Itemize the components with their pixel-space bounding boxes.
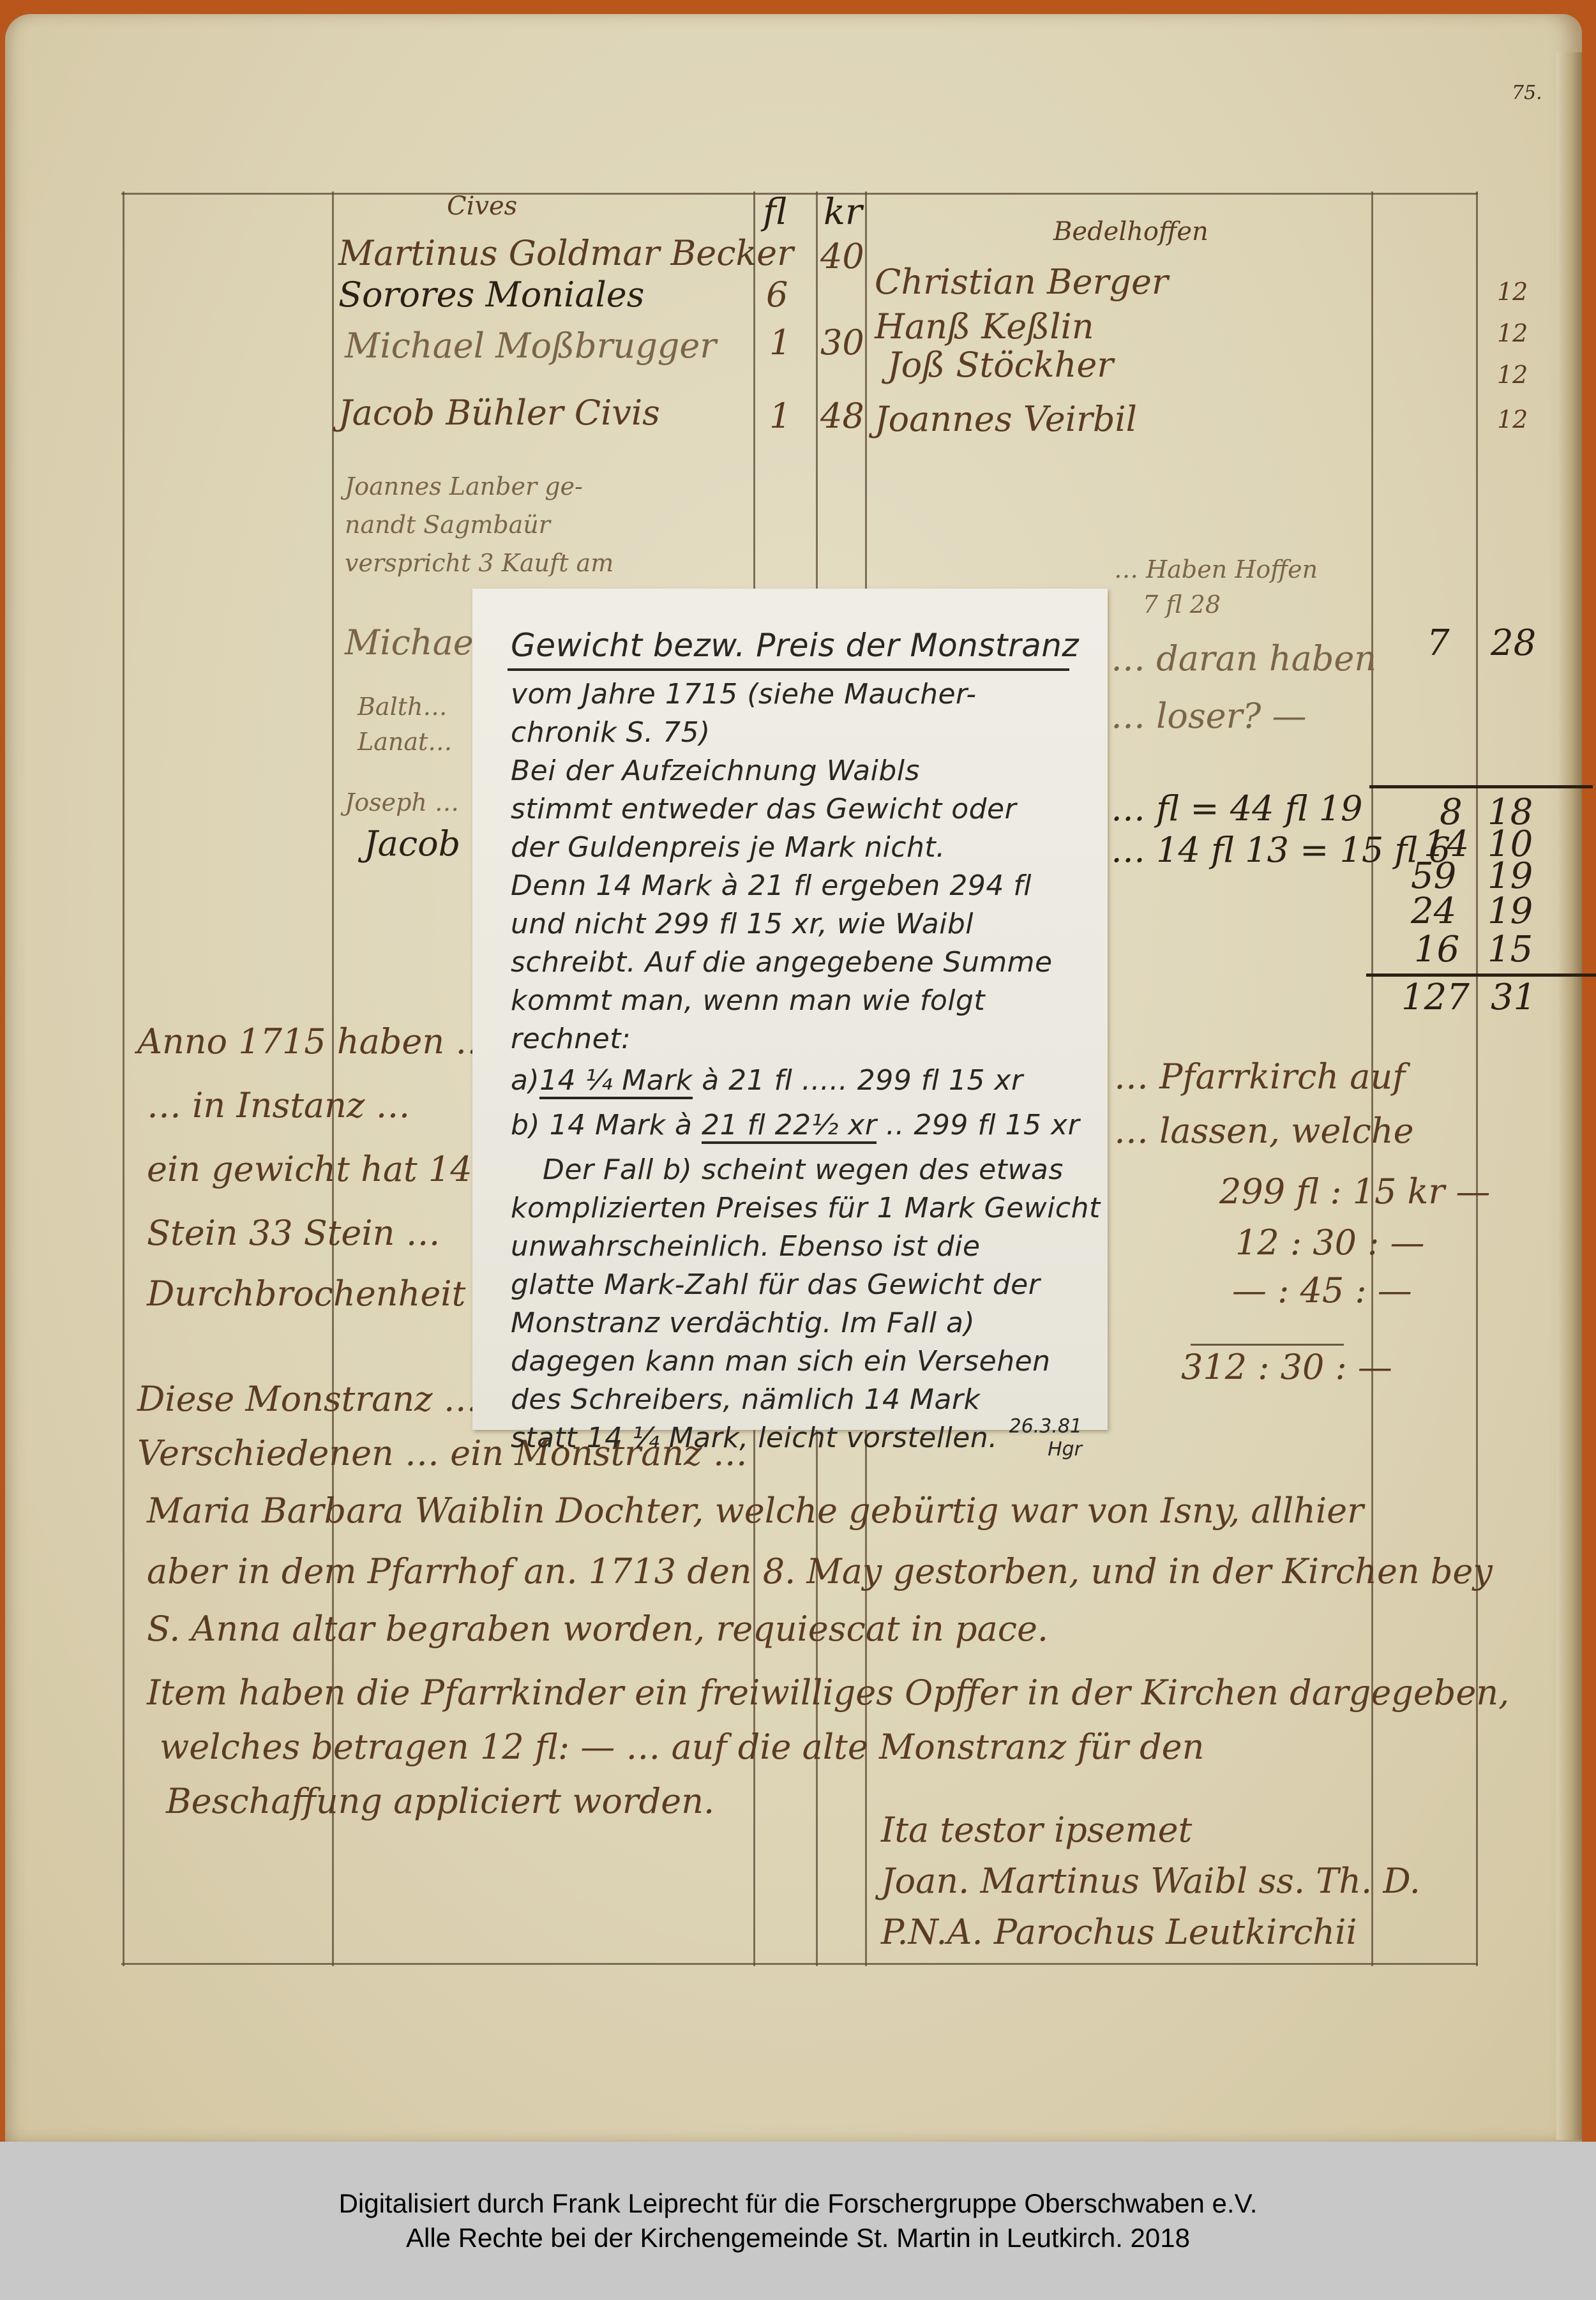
column-header-fl: fl <box>763 192 787 233</box>
paragraph-line: Item haben die Pfarrkinder ein freiwilli… <box>147 1672 1509 1713</box>
sum-rule <box>1369 785 1593 788</box>
calc-line: 12 : 30 : — <box>1235 1222 1424 1263</box>
ledger-right-text: … daran haben <box>1111 638 1376 679</box>
paragraph-line: S. Anna altar begraben worden, requiesca… <box>147 1609 1048 1649</box>
calc-line: 299 fl : 15 kr — <box>1219 1171 1490 1212</box>
ledger-entry-fl: 6 <box>766 274 788 315</box>
note-line: Bei der Aufzeichnung Waibls <box>511 755 920 787</box>
note-line: Der Fall b) scheint wegen des etwas <box>543 1154 1064 1186</box>
ledger-entry: Joseph … <box>345 788 459 816</box>
sum-rule <box>1366 973 1596 977</box>
note-initials: Hgr <box>1009 1438 1082 1461</box>
anno-line: Stein 33 Stein … <box>147 1213 440 1253</box>
ledger-right-text: … loser? — <box>1111 696 1307 736</box>
ledger-entry-kr: 30 <box>820 322 864 363</box>
note-line: kommt man, wenn man wie folgt <box>511 984 985 1017</box>
anno-line: Anno 1715 haben … <box>137 1021 490 1062</box>
ledger-amount: 12 <box>1497 361 1528 389</box>
column-header-cives: Cives <box>447 192 517 221</box>
ledger-bottom-rule <box>121 1963 1478 1965</box>
title-underline <box>508 668 1069 671</box>
anno-line: … in Instanz … <box>147 1085 410 1125</box>
column-header-kr: kr <box>824 192 862 233</box>
note-line: chronik S. 75) <box>511 716 711 749</box>
ledger-entry-kr: 48 <box>820 396 864 436</box>
ledger-entry: nandt Sagmbaür <box>345 511 550 539</box>
paragraph-line: Beschaffung appliciert worden. <box>166 1781 714 1821</box>
page-edge <box>1556 52 1582 2140</box>
note-line: und nicht 299 fl 15 xr, wie Waibl <box>511 908 974 940</box>
note-line: Denn 14 Mark à 21 fl ergeben 294 fl <box>511 869 1032 902</box>
note-line: komplizierten Preises für 1 Mark Gewicht <box>511 1192 1101 1224</box>
paragraph-line: welches betragen 12 fl: — … auf die alte… <box>160 1727 1204 1767</box>
total-kr: 15 <box>1487 929 1533 970</box>
grand-total-fl: 127 <box>1401 977 1470 1018</box>
note-line: Monstranz verdächtig. Im Fall a) <box>511 1307 975 1339</box>
calc-line: 312 : 30 : — <box>1181 1347 1392 1387</box>
column-header-bedelhoffen: Bedelhoffen <box>1053 217 1208 246</box>
calc-line: … lassen, welche <box>1114 1111 1414 1151</box>
ledger-entry: Balth… <box>358 693 447 721</box>
digitization-caption: Digitalisiert durch Frank Leiprecht für … <box>0 2142 1596 2300</box>
note-line: glatte Mark-Zahl für das Gewicht der <box>511 1268 1040 1301</box>
ledger-entry: Michael Moßbrugger <box>345 326 716 366</box>
total-kr: 19 <box>1487 891 1533 932</box>
folio-number: 75. <box>1512 82 1542 104</box>
paragraph-line: aber in dem Pfarrhof an. 1713 den 8. May… <box>147 1551 1493 1591</box>
ledger-amount: 12 <box>1497 278 1528 306</box>
ledger-rule-left <box>123 192 124 1966</box>
note-line: des Schreibers, nämlich 14 Mark <box>511 1383 980 1416</box>
ledger-right-text: … 14 fl 13 = 15 fl 6 <box>1111 830 1450 870</box>
calc-b-rest: .. 299 fl 15 xr <box>877 1109 1080 1141</box>
calc-b-underlined: 21 fl 22½ xr <box>702 1109 877 1144</box>
signature-line: Ita testor ipsemet <box>881 1810 1192 1850</box>
caption-line-1: Digitalisiert durch Frank Leiprecht für … <box>339 2186 1258 2221</box>
total-fl: 7 <box>1427 622 1450 664</box>
ledger-entry-fl: 1 <box>769 396 791 436</box>
ledger-right-text: … Haben Hoffen <box>1114 555 1318 583</box>
ledger-entry: Sorores Moniales <box>338 274 644 315</box>
ledger-entry-kr: 40 <box>820 236 864 276</box>
ledger-entry-right: Hanß Keßlin <box>875 306 1094 347</box>
calc-a-underlined: 14 ¼ Mark <box>539 1064 693 1099</box>
ledger-entry: verspricht 3 Kauft am <box>345 549 614 577</box>
anno-line: Durchbrochenheit <box>147 1274 465 1314</box>
paragraph-line: Diese Monstranz … <box>137 1379 478 1419</box>
ledger-top-rule <box>121 193 1478 195</box>
note-line: schreibt. Auf die angegebene Summe <box>511 946 1053 979</box>
ledger-entry: Jacob Bühler Civis <box>338 393 660 433</box>
ledger-entry-fl: 1 <box>769 322 791 363</box>
calculation-b: b) 14 Mark à 21 fl 22½ xr .. 299 fl 15 x… <box>511 1109 1080 1141</box>
note-title: Gewicht bezw. Preis der Monstranz <box>511 627 1079 664</box>
ledger-right-text: 7 fl 28 <box>1143 590 1221 619</box>
ledger-right-text: … fl = 44 fl 19 <box>1111 788 1363 829</box>
ledger-entry-right: Joß Stöckher <box>887 345 1113 385</box>
total-fl: 16 <box>1414 929 1459 970</box>
anno-line: ein gewicht hat 14 … <box>147 1149 518 1189</box>
ledger-amount: 12 <box>1497 405 1528 433</box>
note-line: dagegen kann man sich ein Versehen <box>511 1345 1051 1378</box>
note-line: rechnet: <box>511 1023 631 1055</box>
ledger-entry-right: Christian Berger <box>875 262 1168 302</box>
ledger-entry: Joannes Lanber ge- <box>345 472 583 500</box>
calc-a-rest: à 21 fl ..... 299 fl 15 xr <box>693 1064 1023 1097</box>
note-line: vom Jahre 1715 (siehe Maucher- <box>511 678 977 710</box>
ledger-entry: Lanat… <box>358 728 452 756</box>
paragraph-line: Maria Barbara Waiblin Dochter, welche ge… <box>147 1491 1364 1531</box>
note-line: der Guldenpreis je Mark nicht. <box>511 831 945 864</box>
calc-line: … Pfarrkirch auf <box>1114 1056 1405 1097</box>
total-fl: 24 <box>1411 891 1456 932</box>
signature-line: Joan. Martinus Waibl ss. Th. D. <box>881 1861 1420 1901</box>
note-date: 26.3.81 <box>1009 1415 1082 1438</box>
note-line: statt 14 ¼ Mark, leicht vorstellen. <box>511 1422 998 1454</box>
calculation-a: a)14 ¼ Mark à 21 fl ..... 299 fl 15 xr <box>511 1064 1023 1097</box>
inserted-note-card: Gewicht bezw. Preis der Monstranz vom Ja… <box>472 589 1108 1430</box>
total-kr: 28 <box>1491 622 1536 664</box>
ledger-entry: Martinus Goldmar Becker <box>338 233 794 273</box>
ledger-entry-right: Joannes Veirbil <box>875 399 1137 439</box>
calc-b-label: b) 14 Mark à <box>511 1109 702 1141</box>
calc-a-label: a) <box>511 1064 539 1097</box>
calc-line: — : 45 : — <box>1232 1270 1412 1311</box>
note-line: unwahrscheinlich. Ebenso ist die <box>511 1230 981 1263</box>
grand-total-kr: 31 <box>1491 977 1536 1018</box>
note-line: stimmt entweder das Gewicht oder <box>511 793 1016 825</box>
caption-line-2: Alle Rechte bei der Kirchengemeinde St. … <box>406 2221 1190 2255</box>
note-date-signature: 26.3.81 Hgr <box>1009 1415 1082 1461</box>
ledger-amount: 12 <box>1497 319 1528 347</box>
signature-line: P.N.A. Parochus Leutkirchii <box>881 1912 1357 1952</box>
calc-sum-rule <box>1191 1344 1344 1346</box>
